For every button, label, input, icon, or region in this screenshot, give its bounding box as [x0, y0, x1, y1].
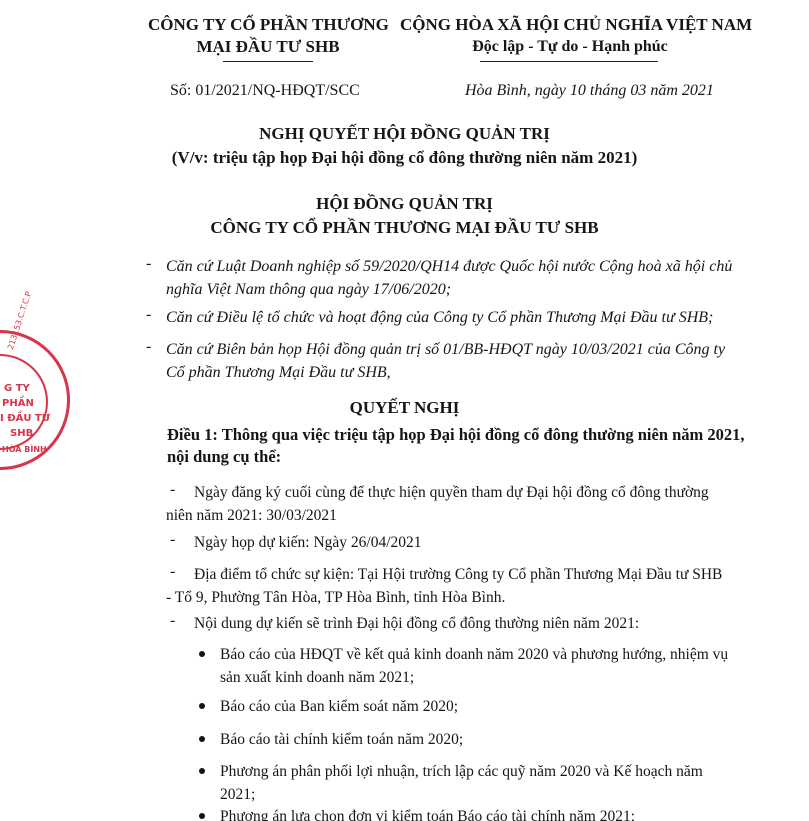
resolution-subject: (V/v: triệu tập họp Đại hội đồng cổ đông… [0, 148, 809, 168]
stamp-text-line4: SHB [10, 428, 33, 439]
bullet-icon [199, 703, 205, 709]
agenda-line: Báo cáo của HĐQT về kết quả kinh doanh n… [220, 643, 728, 666]
company-name-line1: CÔNG TY CỔ PHẦN THƯƠNG [148, 14, 388, 36]
agenda-item-auditor-selection: Phương án lựa chọn đơn vị kiểm toán Báo … [220, 805, 635, 821]
board-heading: HỘI ĐỒNG QUẢN TRỊ [0, 194, 809, 214]
item-line: Ngày họp dự kiến: Ngày 26/04/2021 [194, 531, 422, 554]
resolution-heading: QUYẾT NGHỊ [0, 398, 809, 418]
item-line: Ngày đăng ký cuối cùng để thực hiện quyề… [166, 481, 709, 504]
document-page: 213153.C.T.C.P G TY PHẦN I ĐẦU TƯ SHB HÒ… [0, 0, 809, 821]
resolution-title: NGHỊ QUYẾT HỘI ĐỒNG QUẢN TRỊ [0, 124, 809, 144]
bullet-icon [199, 736, 205, 742]
item-meeting-date: Ngày họp dự kiến: Ngày 26/04/2021 [194, 531, 422, 554]
basis-dash: - [146, 255, 151, 273]
company-name-header: CÔNG TY CỔ PHẦN THƯƠNG MẠI ĐẦU TƯ SHB [148, 14, 388, 58]
national-title: CỘNG HÒA XÃ HỘI CHỦ NGHĨA VIỆT NAM [400, 14, 740, 36]
basis-item-law: Căn cứ Luật Doanh nghiệp số 59/2020/QH14… [166, 255, 732, 301]
item-agenda-intro: Nội dung dự kiến sẽ trình Đại hội đồng c… [194, 612, 639, 635]
item-line: Nội dung dự kiến sẽ trình Đại hội đồng c… [194, 612, 639, 635]
agenda-item-profit-distribution: Phương án phân phối lợi nhuận, trích lập… [220, 760, 703, 806]
basis-line: nghĩa Việt Nam thông qua ngày 17/06/2020… [166, 278, 732, 301]
basis-line: Căn cứ Điều lệ tổ chức và hoạt động của … [166, 306, 713, 329]
agenda-line: Báo cáo tài chính kiểm toán năm 2020; [220, 728, 463, 751]
agenda-item-board-report: Báo cáo của HĐQT về kết quả kinh doanh n… [220, 643, 728, 689]
company-name-line2: MẠI ĐẦU TƯ SHB [148, 36, 388, 58]
national-motto: Độc lập - Tự do - Hạnh phúc [400, 36, 740, 58]
basis-line: Căn cứ Luật Doanh nghiệp số 59/2020/QH14… [166, 255, 732, 278]
agenda-line: Báo cáo của Ban kiểm soát năm 2020; [220, 695, 458, 718]
agenda-item-supervisory-report: Báo cáo của Ban kiểm soát năm 2020; [220, 695, 458, 718]
agenda-line: 2021; [220, 783, 703, 806]
agenda-line: sản xuất kinh doanh năm 2021; [220, 666, 728, 689]
item-venue: Địa điểm tổ chức sự kiện: Tại Hội trường… [166, 563, 722, 609]
agenda-item-financial-statements: Báo cáo tài chính kiểm toán năm 2020; [220, 728, 463, 751]
basis-dash: - [146, 338, 151, 356]
item-dash: - [170, 531, 175, 549]
board-company: CÔNG TY CỔ PHẦN THƯƠNG MẠI ĐẦU TƯ SHB [0, 218, 809, 238]
article-1: Điều 1: Thông qua việc triệu tập họp Đại… [167, 424, 745, 468]
national-header: CỘNG HÒA XÃ HỘI CHỦ NGHĨA VIỆT NAM Độc l… [400, 14, 740, 58]
motto-underline [480, 61, 658, 62]
item-line: Địa điểm tổ chức sự kiện: Tại Hội trường… [166, 563, 722, 586]
stamp-text-line5: HÒA BÌNH [2, 445, 47, 454]
bullet-icon [199, 813, 205, 819]
item-dash: - [170, 612, 175, 630]
basis-line: Cổ phần Thương Mại Đầu tư SHB, [166, 361, 725, 384]
basis-item-minutes: Căn cứ Biên bản họp Hội đồng quản trị số… [166, 338, 725, 384]
basis-line: Căn cứ Biên bản họp Hội đồng quản trị số… [166, 338, 725, 361]
item-line: - Tổ 9, Phường Tân Hòa, TP Hòa Bình, tỉn… [166, 586, 722, 609]
basis-dash: - [146, 306, 151, 324]
item-line: niên năm 2021: 30/03/2021 [166, 504, 709, 527]
place-date: Hòa Bình, ngày 10 tháng 03 năm 2021 [465, 82, 714, 100]
item-record-date: Ngày đăng ký cuối cùng để thực hiện quyề… [166, 481, 709, 527]
bullet-icon [199, 768, 205, 774]
article-1-line2: nội dung cụ thể: [167, 446, 745, 468]
company-underline [223, 61, 313, 62]
bullet-icon [199, 651, 205, 657]
basis-item-charter: Căn cứ Điều lệ tổ chức và hoạt động của … [166, 306, 713, 329]
document-number: Số: 01/2021/NQ-HĐQT/SCC [170, 82, 360, 100]
article-1-line1: Điều 1: Thông qua việc triệu tập họp Đại… [167, 424, 745, 446]
stamp-text-line1: G TY [4, 383, 30, 394]
agenda-line: Phương án phân phối lợi nhuận, trích lập… [220, 760, 703, 783]
agenda-line: Phương án lựa chọn đơn vị kiểm toán Báo … [220, 805, 635, 821]
